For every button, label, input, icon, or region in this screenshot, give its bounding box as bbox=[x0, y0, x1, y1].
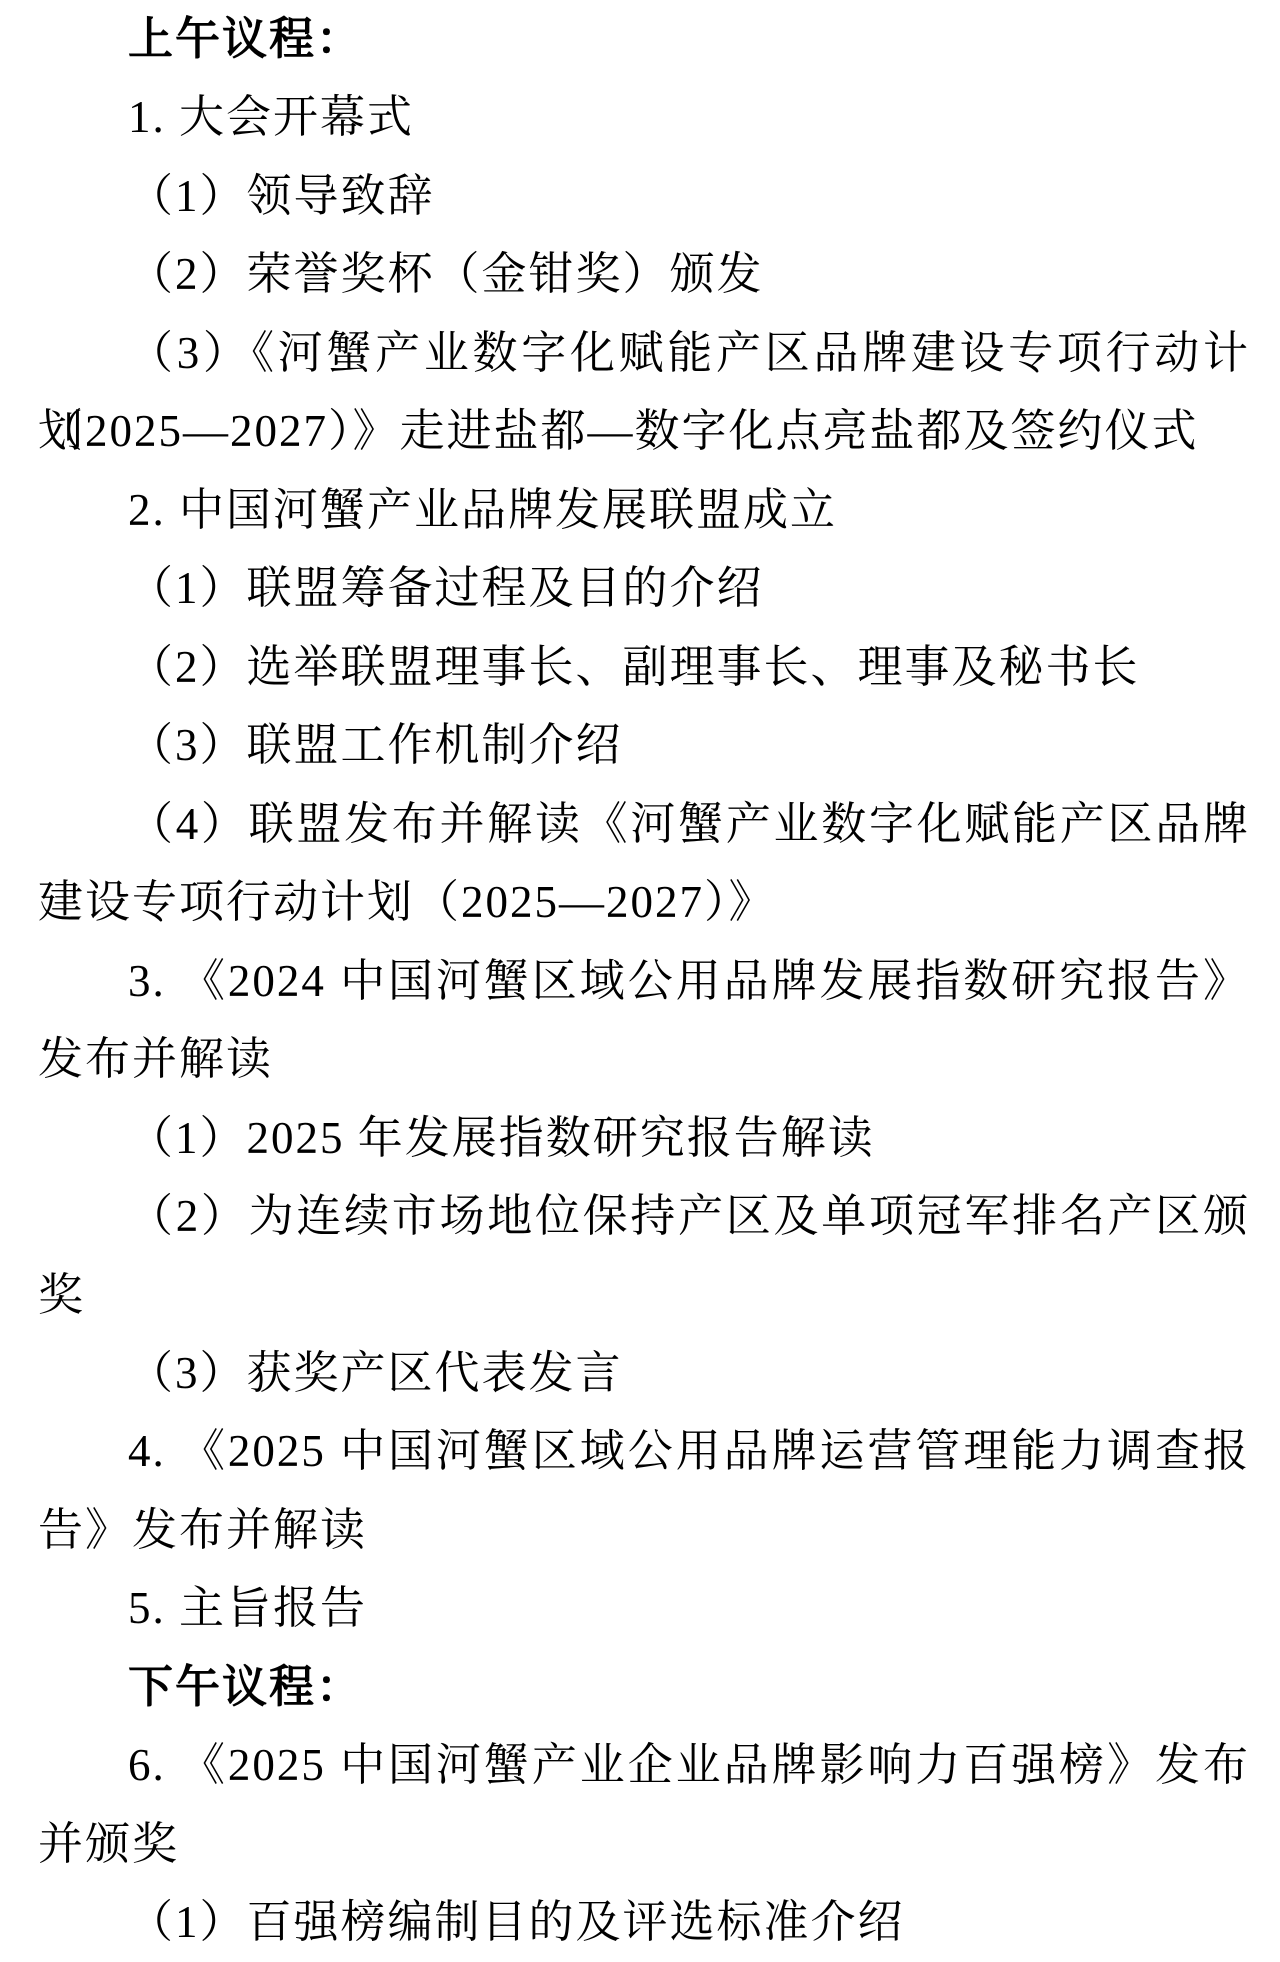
item-1-sub-3-plan-line-2: （2025—2027）》走进盐都—数字化点亮盐都及签约仪式 bbox=[38, 392, 1250, 470]
item-1-sub-2-trophy-award: （2）荣誉奖杯（金钳奖）颁发 bbox=[38, 235, 1250, 313]
item-3-sub-2-awards-line-1: （2）为连续市场地位保持产区及单项冠军排名产区颁 bbox=[38, 1177, 1250, 1255]
item-3-index-report-line-1: 3. 《2024 中国河蟹区域公用品牌发展指数研究报告》 bbox=[38, 942, 1250, 1020]
afternoon-agenda-heading: 下午议程： bbox=[38, 1648, 1250, 1726]
item-3-index-report-line-2: 发布并解读 bbox=[38, 1020, 1250, 1098]
item-2-sub-3-mechanism: （3）联盟工作机制介绍 bbox=[38, 706, 1250, 784]
item-5-keynote-report: 5. 主旨报告 bbox=[38, 1569, 1250, 1647]
item-3-sub-3-representative: （3）获奖产区代表发言 bbox=[38, 1334, 1250, 1412]
item-6-sub-1-criteria: （1）百强榜编制目的及评选标准介绍 bbox=[38, 1883, 1250, 1961]
morning-agenda-heading: 上午议程： bbox=[38, 0, 1250, 78]
item-2-alliance-founding: 2. 中国河蟹产业品牌发展联盟成立 bbox=[38, 471, 1250, 549]
item-4-survey-report-line-1: 4. 《2025 中国河蟹区域公用品牌运营管理能力调查报 bbox=[38, 1412, 1250, 1490]
item-1-opening-ceremony: 1. 大会开幕式 bbox=[38, 78, 1250, 156]
document-page: 上午议程： 1. 大会开幕式 （1）领导致辞 （2）荣誉奖杯（金钳奖）颁发 （3… bbox=[0, 0, 1280, 1962]
item-2-sub-4-plan-line-1: （4）联盟发布并解读《河蟹产业数字化赋能产区品牌 bbox=[38, 785, 1250, 863]
item-3-sub-2-awards-line-2: 奖 bbox=[38, 1256, 1250, 1334]
item-2-sub-2-election: （2）选举联盟理事长、副理事长、理事及秘书长 bbox=[38, 628, 1250, 706]
item-1-sub-1-leader-speech: （1）领导致辞 bbox=[38, 157, 1250, 235]
item-6-top100-line-1: 6. 《2025 中国河蟹产业企业品牌影响力百强榜》发布 bbox=[38, 1726, 1250, 1804]
item-2-sub-4-plan-line-2: 建设专项行动计划（2025—2027）》 bbox=[38, 863, 1250, 941]
item-6-top100-line-2: 并颁奖 bbox=[38, 1805, 1250, 1883]
item-3-sub-1-interpretation: （1）2025 年发展指数研究报告解读 bbox=[38, 1099, 1250, 1177]
item-2-sub-1-preparation: （1）联盟筹备过程及目的介绍 bbox=[38, 549, 1250, 627]
item-4-survey-report-line-2: 告》发布并解读 bbox=[38, 1491, 1250, 1569]
item-1-sub-3-plan-line-1: （3）《河蟹产业数字化赋能产区品牌建设专项行动计划 bbox=[38, 314, 1250, 392]
